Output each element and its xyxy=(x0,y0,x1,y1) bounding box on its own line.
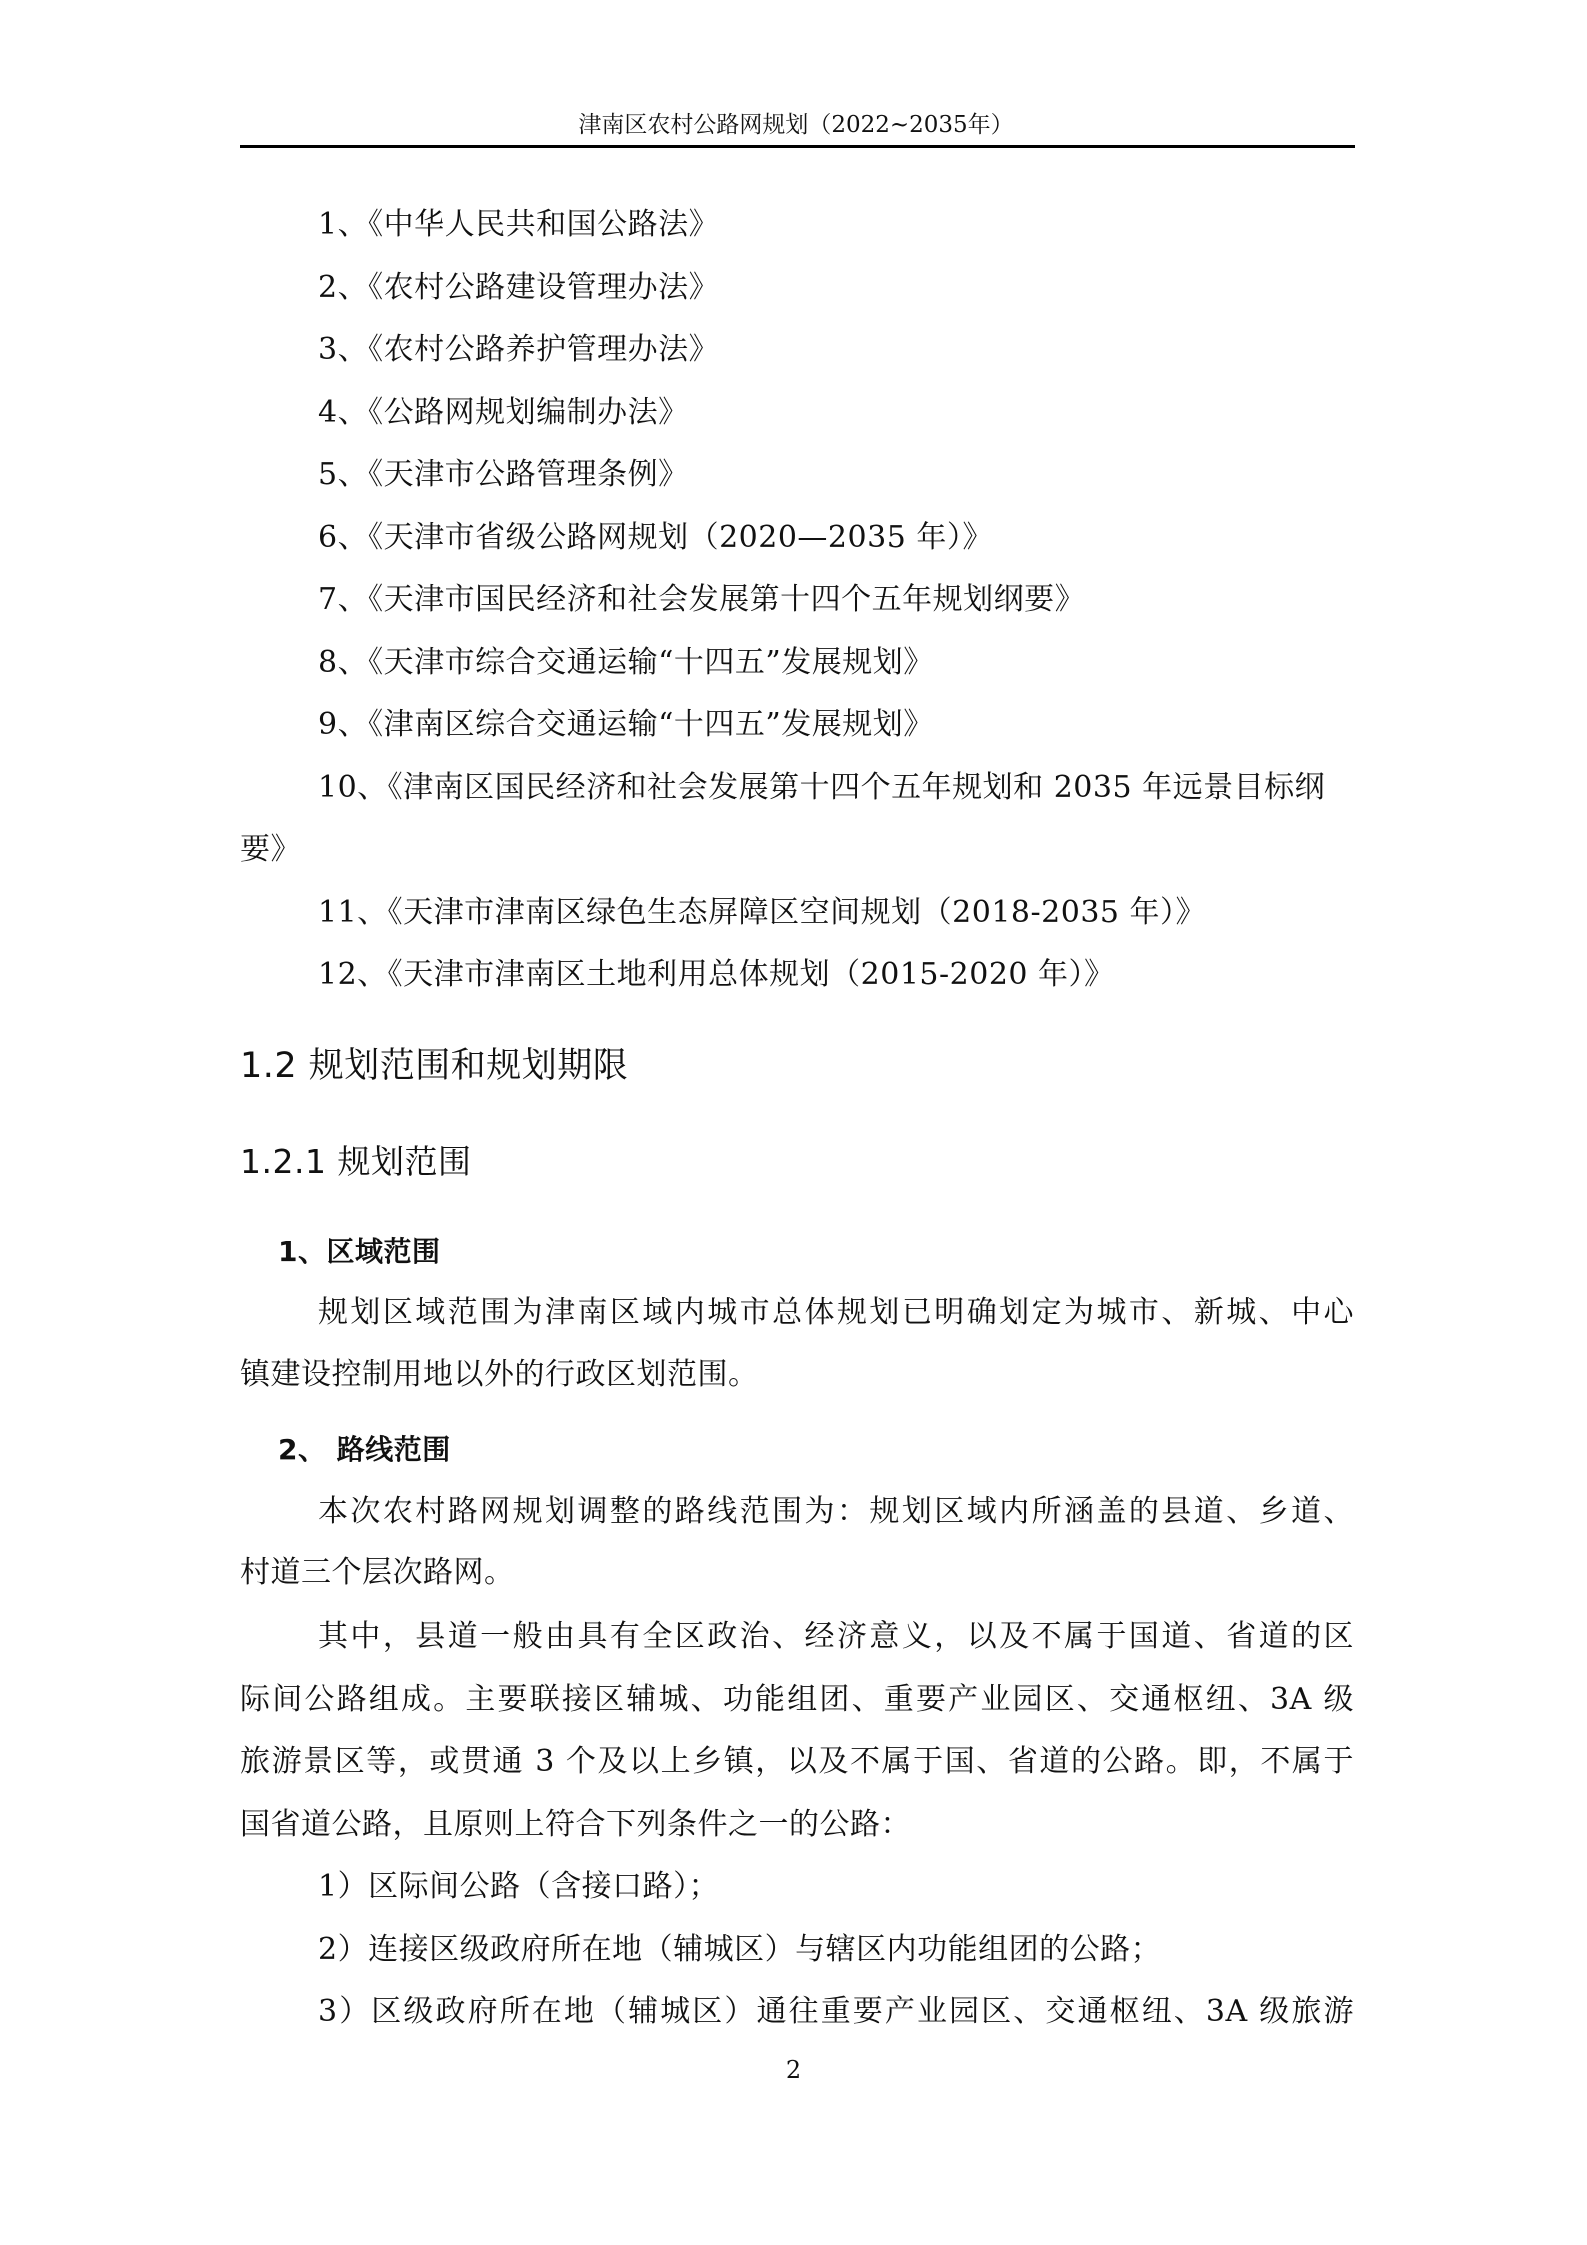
reference-item: 7、《天津市国民经济和社会发展第十四个五年规划纲要》 xyxy=(318,580,1085,620)
reference-item: 2、《农村公路建设管理办法》 xyxy=(318,268,719,308)
paragraph-line: 际间公路组成。主要联接区辅城、功能组团、重要产业园区、交通枢纽、3A 级 xyxy=(240,1680,1354,1720)
reference-item: 3、《农村公路养护管理办法》 xyxy=(318,330,719,370)
reference-item-continuation: 要》 xyxy=(240,830,301,870)
paragraph-line: 镇建设控制用地以外的行政区划范围。 xyxy=(240,1355,1354,1395)
reference-item: 10、《津南区国民经济和社会发展第十四个五年规划和 2035 年远景目标纲 xyxy=(318,768,1325,808)
header-divider xyxy=(240,145,1355,148)
reference-item: 4、《公路网规划编制办法》 xyxy=(318,393,689,433)
route-scope-heading: 2、 路线范围 xyxy=(278,1430,451,1470)
area-scope-heading: 1、区域范围 xyxy=(278,1232,440,1272)
paragraph-line: 村道三个层次路网。 xyxy=(240,1553,1354,1593)
reference-item: 1、《中华人民共和国公路法》 xyxy=(318,205,719,245)
paragraph-line: 规划区域范围为津南区域内城市总体规划已明确划定为城市、新城、中心 xyxy=(240,1293,1354,1333)
paragraph-line: 本次农村路网规划调整的路线范围为：规划区域内所涵盖的县道、乡道、 xyxy=(240,1492,1354,1532)
subsection-heading: 1.2.1 规划范围 xyxy=(240,1140,471,1184)
paragraph-line: 旅游景区等，或贯通 3 个及以上乡镇，以及不属于国、省道的公路。即，不属于 xyxy=(240,1742,1354,1782)
reference-item: 9、《津南区综合交通运输“十四五”发展规划》 xyxy=(318,705,934,745)
condition-item: 3）区级政府所在地（辅城区）通往重要产业园区、交通枢纽、3A 级旅游 xyxy=(240,1992,1354,2032)
paragraph-line: 其中，县道一般由具有全区政治、经济意义，以及不属于国道、省道的区 xyxy=(240,1617,1354,1657)
condition-item: 2）连接区级政府所在地（辅城区）与辖区内功能组团的公路； xyxy=(318,1930,1161,1970)
reference-item: 8、《天津市综合交通运输“十四五”发展规划》 xyxy=(318,643,934,683)
section-heading: 1.2 规划范围和规划期限 xyxy=(240,1043,628,1089)
reference-item: 11、《天津市津南区绿色生态屏障区空间规划（2018-2035 年）》 xyxy=(318,893,1206,933)
reference-item: 6、《天津市省级公路网规划（2020—2035 年）》 xyxy=(318,518,993,558)
condition-item: 1）区际间公路（含接口路）； xyxy=(318,1867,719,1907)
header-title: 津南区农村公路网规划（2022~2035年） xyxy=(240,110,1352,140)
reference-item: 5、《天津市公路管理条例》 xyxy=(318,455,689,495)
reference-item: 12、《天津市津南区土地利用总体规划（2015-2020 年）》 xyxy=(318,955,1115,995)
paragraph-line: 国省道公路，且原则上符合下列条件之一的公路： xyxy=(240,1805,1354,1845)
page-number: 2 xyxy=(0,2055,1587,2085)
